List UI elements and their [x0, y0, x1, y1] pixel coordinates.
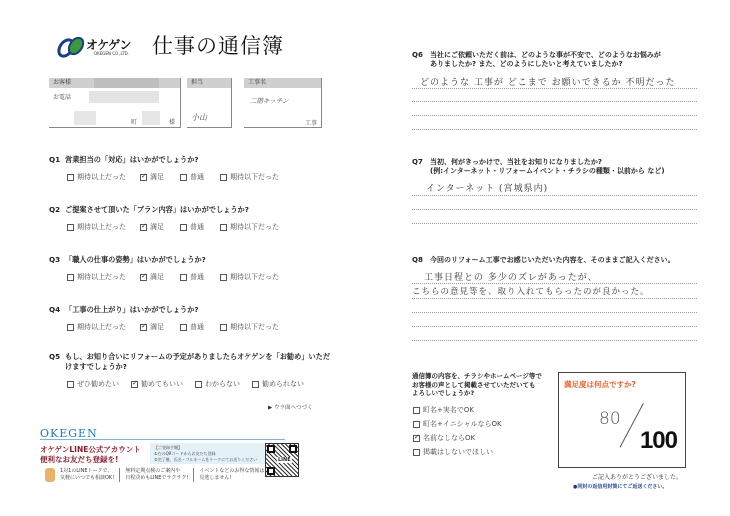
qr-finder-icon: [267, 467, 275, 475]
question-5-options: ぜひ勧めたい勧めてもいいわからない勧められない: [67, 379, 316, 389]
checkbox-icon[interactable]: [220, 224, 227, 231]
checkbox-icon[interactable]: [220, 274, 227, 281]
checkbox-icon[interactable]: [252, 381, 259, 388]
option-checkbox[interactable]: 満足: [140, 272, 164, 282]
checked-box-icon[interactable]: [131, 381, 138, 388]
answer-line: [412, 283, 697, 284]
banner-headline-2: 便利なお友だち登録を!: [40, 455, 141, 465]
checked-box-icon[interactable]: [140, 324, 147, 331]
question-2: Q2ご提案させて頂いた「プラン内容」はいかがでしょうか?: [49, 205, 339, 215]
answer-line: [412, 88, 697, 89]
option-checkbox[interactable]: 勧めてもいい: [131, 379, 183, 389]
score-value: 80: [599, 409, 621, 429]
staff-box: 担当 小山: [187, 78, 232, 128]
publication-option[interactable]: 町名+実名でOK: [413, 405, 502, 415]
option-checkbox[interactable]: 期待以下だった: [220, 172, 279, 182]
benefit-item: 無料定期点検のご案内や 日程決めもLINEでラクラク!: [125, 468, 188, 482]
q8-answer-line-1: 工事日程との 多少のズレがあったが、: [424, 270, 598, 283]
publication-option[interactable]: 町名+イニシャルならOK: [413, 419, 502, 429]
question-3: Q3「職人の仕事の姿勢」はいかがでしょうか?: [49, 255, 339, 265]
checked-box-icon[interactable]: [140, 224, 147, 231]
checkbox-icon[interactable]: [67, 174, 74, 181]
score-label: 満足度は何点ですか?: [564, 379, 636, 390]
question-4-options: 期待以上だった満足普通期待以下だった: [67, 322, 279, 332]
option-checkbox[interactable]: 期待以下だった: [220, 272, 279, 282]
benefit-divider: [193, 468, 194, 482]
benefit-item: イベントなどのお得な情報は 見逃しません!: [199, 468, 264, 482]
satisfaction-score-box: 満足度は何点ですか? 80 100: [558, 372, 686, 468]
qr-finder-icon: [267, 445, 275, 453]
publication-options: 町名+実名でOK町名+イニシャルならOK名前なしならOK掲載はしないでほしい: [413, 405, 502, 461]
staff-label: 担当: [187, 78, 231, 88]
phone-label: お電話: [53, 92, 71, 101]
line-qr-code[interactable]: LINE: [265, 443, 299, 477]
customer-box: お客様 お電話 町 様: [49, 78, 181, 128]
option-checkbox[interactable]: 期待以上だった: [67, 172, 126, 182]
thumbs-up-icon: [45, 468, 55, 482]
q8-answer-line-2: こちらの意見等を、取り入れてもらったのが良かった。: [412, 285, 650, 297]
option-checkbox[interactable]: 普通: [180, 222, 204, 232]
q6-answer: どのような 工事が どこまで お願いできるか 不明だった: [420, 75, 675, 88]
option-checkbox[interactable]: 満足: [140, 172, 164, 182]
answer-line: [412, 209, 697, 210]
q6-text: Q6当社にご依頼いただく前は、どのような事が不安で、どのようなお悩みが ありまし…: [412, 51, 661, 69]
honorific-label: 様: [169, 117, 175, 126]
q8-text: Q8今回のリフォーム工事でお感じいただいた内容を、そのままご記入ください。: [412, 256, 675, 265]
town-label: 町: [131, 117, 137, 126]
checkbox-icon[interactable]: [180, 274, 187, 281]
checkbox-icon[interactable]: [67, 224, 74, 231]
answer-line: [412, 101, 697, 102]
score-max: 100: [640, 427, 677, 455]
project-suffix: 工事: [305, 118, 317, 127]
staff-name: 小山: [191, 112, 207, 123]
option-checkbox[interactable]: 満足: [140, 322, 164, 332]
option-checkbox[interactable]: 期待以上だった: [67, 322, 126, 332]
option-checkbox[interactable]: 普通: [180, 322, 204, 332]
question-3-options: 期待以上だった満足普通期待以下だった: [67, 272, 279, 282]
redacted-town: [74, 111, 96, 125]
checked-box-icon[interactable]: [140, 174, 147, 181]
checkbox-icon[interactable]: [180, 174, 187, 181]
checkbox-icon[interactable]: [220, 324, 227, 331]
checkbox-icon[interactable]: [220, 174, 227, 181]
redacted-surname: [142, 111, 160, 125]
return-note: ●同封の返信用封筒にてご返送ください。: [573, 483, 667, 490]
option-checkbox[interactable]: 普通: [180, 272, 204, 282]
step-2: ②完了後、氏名・フルネームをトークにてお送りください: [154, 457, 274, 463]
banner-headline-1: オケゲンLINE公式アカウント: [40, 445, 141, 455]
company-logo: オケゲン OKEGEN CO.,LTD.: [57, 34, 147, 60]
checkbox-icon[interactable]: [67, 274, 74, 281]
benefit-divider: [119, 468, 120, 482]
publication-option[interactable]: 掲載はしないでほしい: [413, 447, 502, 457]
answer-line: [412, 326, 697, 327]
publication-question: 通信簿の内容を、チラシやホームページ等で お客様の声として掲載させていただいても…: [412, 372, 562, 398]
checked-box-icon[interactable]: [413, 435, 420, 442]
checkbox-icon[interactable]: [413, 421, 420, 428]
option-checkbox[interactable]: 期待以下だった: [220, 322, 279, 332]
checkbox-icon[interactable]: [413, 449, 420, 456]
answer-line: [412, 223, 697, 224]
publication-option[interactable]: 名前なしならOK: [413, 433, 502, 443]
project-box: 工事名 二階キッチン 工事: [244, 78, 322, 128]
registration-steps: 【ご登録手順】 ①右のQRコードからお友だち登録 ②完了後、氏名・フルネームをト…: [150, 443, 278, 464]
redacted-phone: [89, 91, 159, 103]
question-2-options: 期待以上だった満足普通期待以下だった: [67, 222, 279, 232]
project-name: 二階キッチン: [250, 96, 289, 105]
q7-text: Q7当初、何がきっかけで、当社をお知りになりましたか? (例:インターネット・リ…: [412, 158, 665, 176]
checkbox-icon[interactable]: [180, 324, 187, 331]
option-checkbox[interactable]: 期待以下だった: [220, 222, 279, 232]
qr-line-label: LINE: [277, 457, 292, 463]
qr-finder-icon: [289, 445, 297, 453]
continue-note: ▶ ウラ面へつづく: [268, 403, 312, 411]
option-checkbox[interactable]: 満足: [140, 222, 164, 232]
project-label: 工事名: [244, 78, 321, 88]
thanks-note: ご記入ありがとうございました。: [592, 472, 682, 481]
checkbox-icon[interactable]: [180, 224, 187, 231]
q7-answer: インターネット (宮城県内): [426, 181, 548, 194]
brand-subtitle: OKEGEN CO.,LTD.: [94, 51, 129, 56]
answer-line: [412, 129, 697, 130]
option-checkbox[interactable]: 勧められない: [252, 379, 304, 389]
checkbox-icon[interactable]: [195, 381, 202, 388]
option-checkbox[interactable]: 普通: [180, 172, 204, 182]
answer-line: [412, 115, 697, 116]
option-checkbox[interactable]: 期待以上だった: [67, 272, 126, 282]
benefits-row: 1対1のLINEトークで、 気軽にいつでも相談OK! 無料定期点検のご案内や 日…: [60, 468, 264, 482]
checked-box-icon[interactable]: [140, 274, 147, 281]
answer-line: [412, 298, 697, 299]
option-checkbox[interactable]: 期待以上だった: [67, 222, 126, 232]
redacted-name: [94, 78, 159, 88]
question-5: Q5もし、お知り合いにリフォームの予定がありましたらオケゲンを「お勧め」いただけ…: [49, 352, 339, 372]
question-4: Q4「工事の仕上がり」はいかがでしょうか?: [49, 305, 339, 315]
checkbox-icon[interactable]: [67, 381, 74, 388]
question-1-options: 期待以上だった満足普通期待以下だった: [67, 172, 279, 182]
answer-line: [412, 195, 697, 196]
leaf-logo-icon: [57, 36, 85, 58]
page-title: 仕事の通信簿: [152, 30, 284, 60]
checkbox-icon[interactable]: [413, 407, 420, 414]
benefit-item: 1対1のLINEトークで、 気軽にいつでも相談OK!: [60, 468, 114, 482]
banner-divider: [40, 439, 285, 440]
answer-line: [412, 340, 697, 341]
banner-headline: オケゲンLINE公式アカウント 便利なお友だち登録を!: [40, 445, 141, 465]
option-checkbox[interactable]: ぜひ勧めたい: [67, 379, 119, 389]
answer-line: [412, 312, 697, 313]
option-checkbox[interactable]: わからない: [195, 379, 240, 389]
question-1: Q1営業担当の「対応」はいかがでしょうか?: [49, 155, 339, 165]
checkbox-icon[interactable]: [67, 324, 74, 331]
